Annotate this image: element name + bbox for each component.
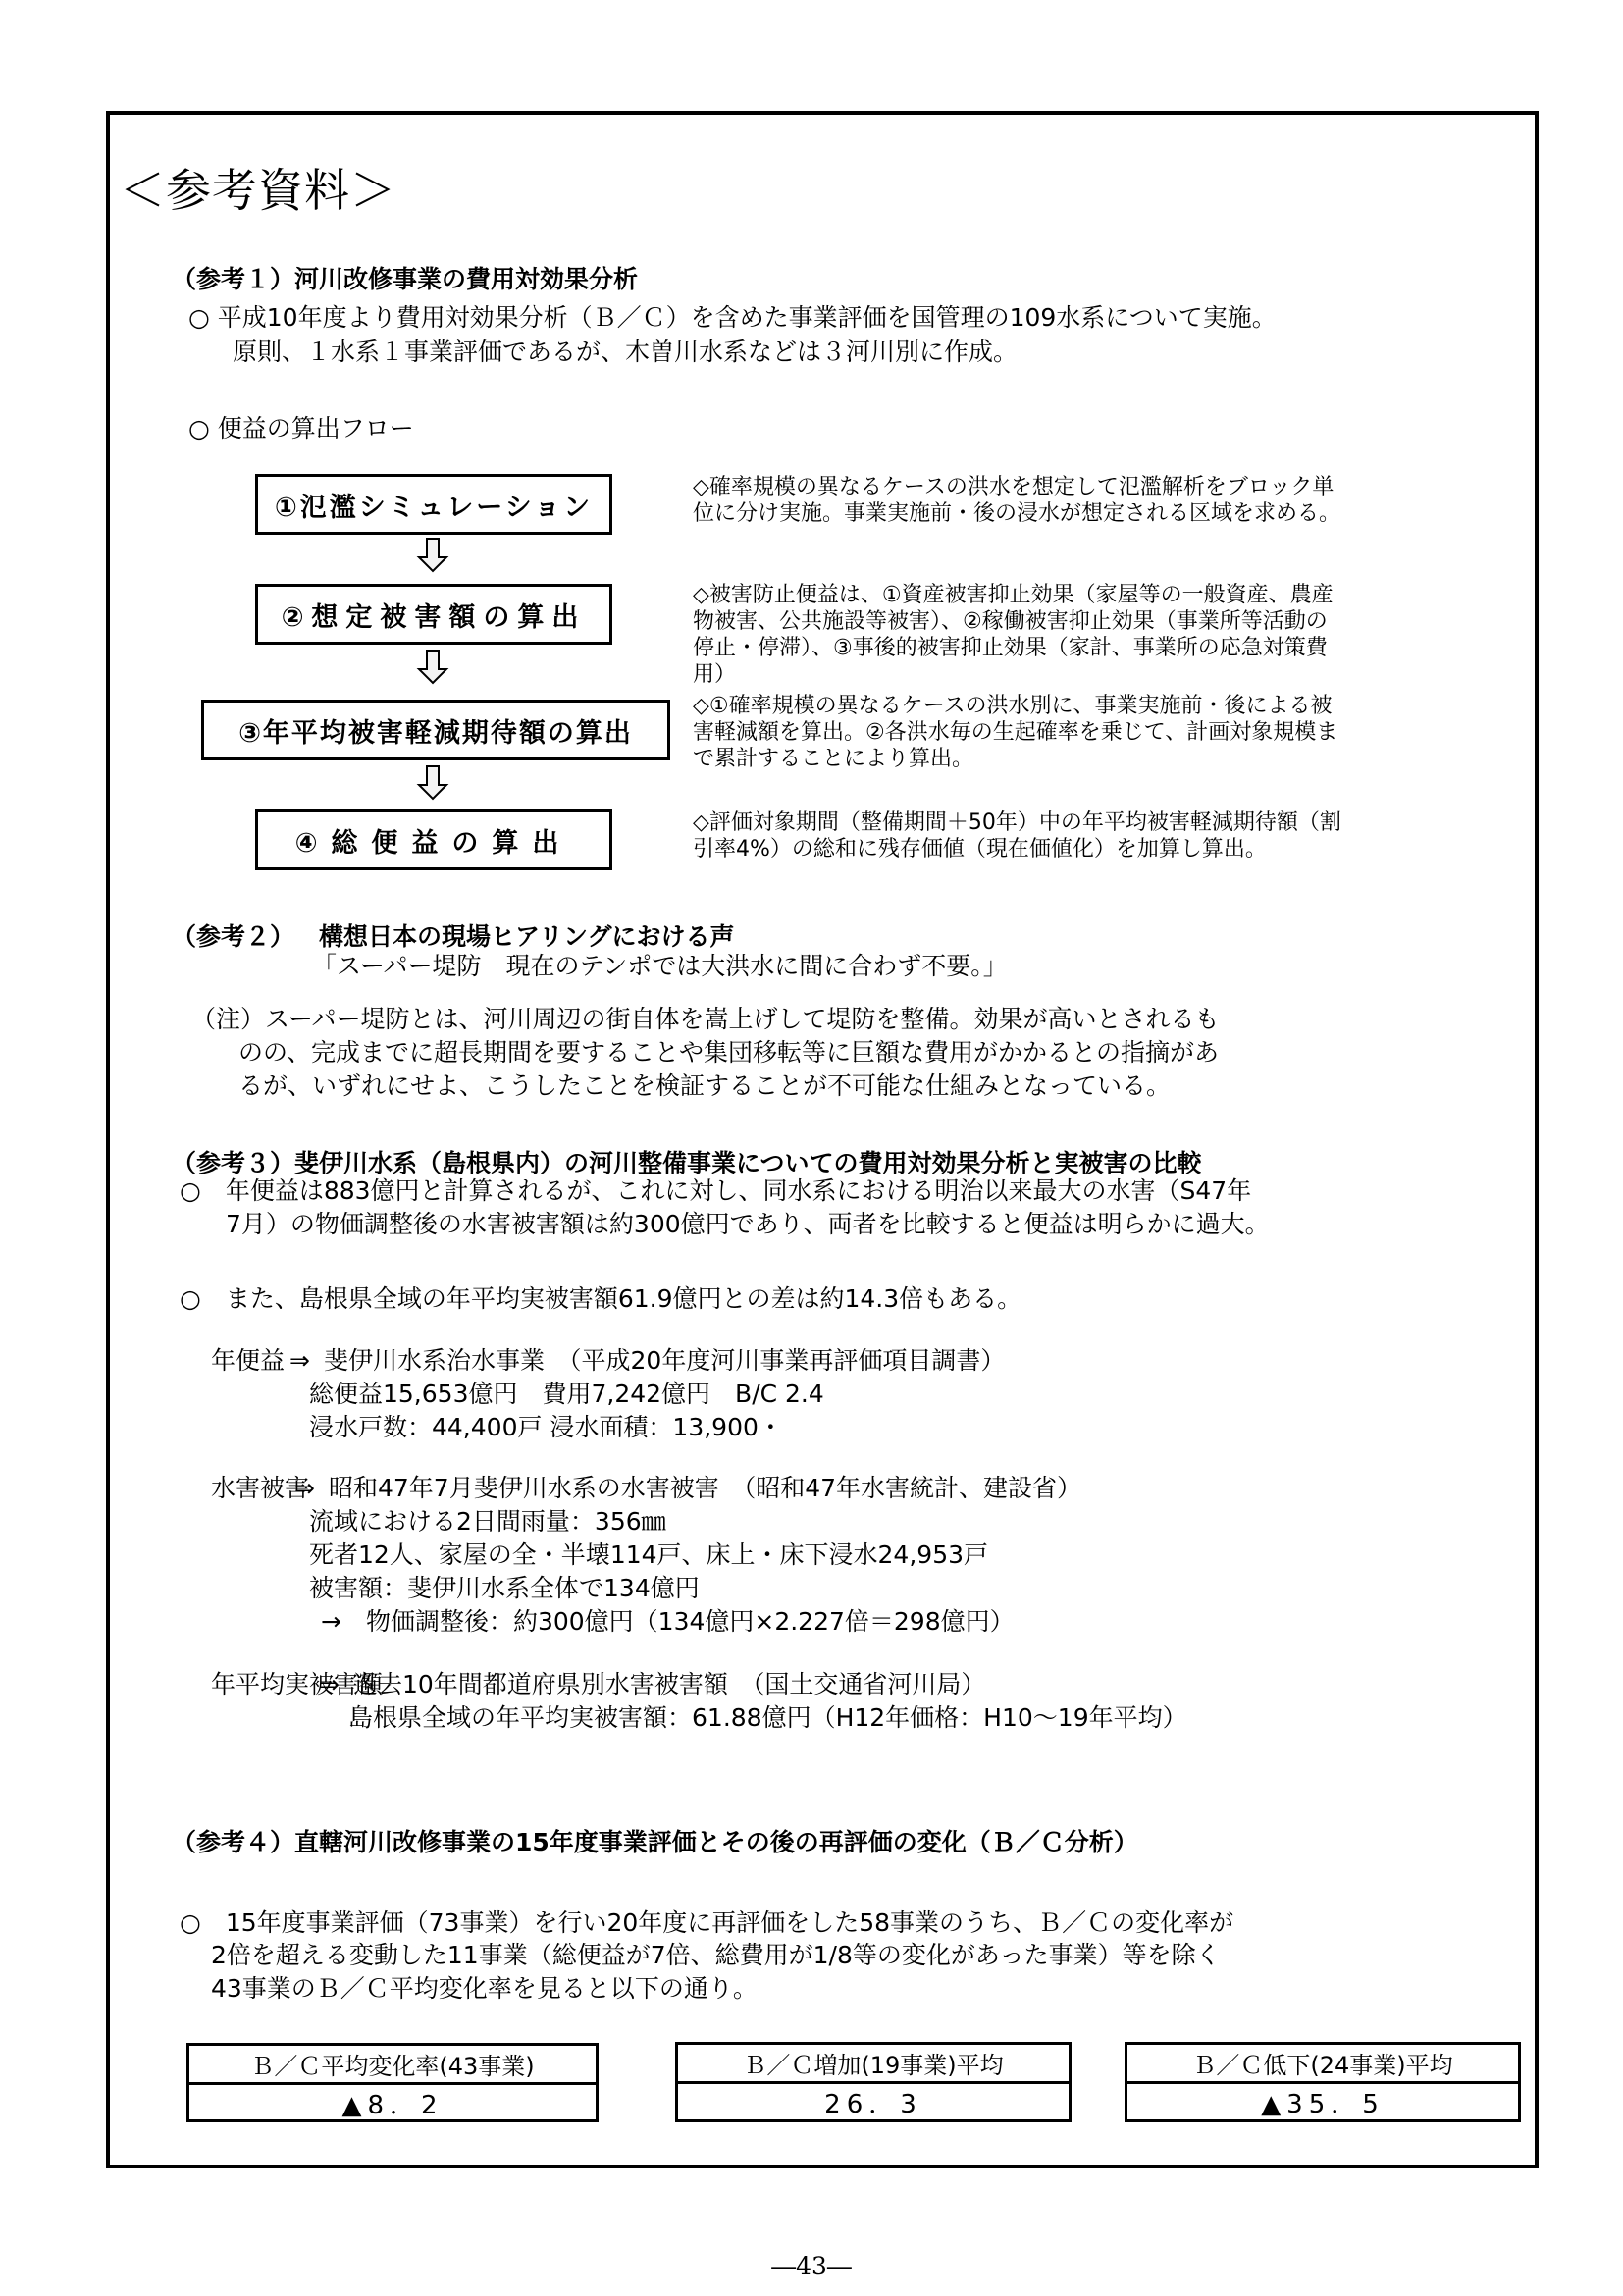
desc-line: 害軽減額を算出。②各洪水毎の生起確率を乗じて、計画対象規模ま (693, 719, 1337, 746)
annual-benefit-title: 斐伊川水系治水事業 （平成20年度河川事業再評価項目調書） (324, 1344, 1005, 1378)
ref1-heading: （参考１）河川改修事業の費用対効果分析 (172, 260, 638, 295)
ref2-heading-label: （参考２） (172, 917, 294, 953)
flow-step-1: ①氾濫シミュレーション (255, 474, 612, 535)
desc-line: ◇確率規模の異なるケースの洪水を想定して氾濫解析をブロック単 (693, 474, 1340, 500)
annual-actual-title: 過去10年間都道府県別水害被害額 （国土交通省河川局） (353, 1668, 985, 1701)
ref4-heading: （参考４）直轄河川改修事業の15年度事業評価とその後の再評価の変化（Ｂ／Ｃ分析） (172, 1823, 1138, 1858)
page-number: ―43― (0, 2252, 1623, 2280)
desc-line: 用） (693, 661, 1334, 688)
flood-damage-line3: 被害額：斐伊川水系全体で134億円 (309, 1572, 700, 1605)
flow-step-2-label: ②想定被害額の算出 (282, 596, 587, 634)
ref2-note-line2: のの、完成までに超長期間を要することや集団移転等に巨額な費用がかかるとの指摘があ (238, 1036, 1219, 1070)
ref1-bullet1-line1: ○ 平成10年度より費用対効果分析（Ｂ／Ｃ）を含めた事業評価を国管理の109水系… (188, 301, 1277, 335)
ref3-bullet1-line1: ○ 年便益は883億円と計算されるが、これに対し、同水系における明治以来最大の水… (180, 1174, 1251, 1208)
bc-decrease-table: Ｂ／Ｃ低下(24事業)平均 ▲35．5 (1125, 2042, 1521, 2122)
flow-step-1-desc: ◇確率規模の異なるケースの洪水を想定して氾濫解析をブロック単 位に分け実施。事業… (693, 474, 1340, 527)
desc-line: ◇①確率規模の異なるケースの洪水別に、事業実施前・後による被 (693, 693, 1337, 719)
desc-line: 引率4%）の総和に残存価値（現在価値化）を加算し算出。 (693, 836, 1341, 862)
ref2-note-line1: （注）スーパー堤防とは、河川周辺の街自体を嵩上げして堤防を整備。効果が高いとされ… (191, 1003, 1220, 1036)
bc-increase-value: 26．3 (678, 2084, 1069, 2119)
annual-benefit-label: 年便益 (211, 1344, 285, 1378)
bc-increase-header: Ｂ／Ｃ増加(19事業)平均 (678, 2045, 1069, 2084)
arrow-down-icon (413, 538, 452, 573)
flow-step-4-label: ④総便益の算出 (295, 821, 573, 860)
desc-line: ◇被害防止便益は、①資産被害抑止効果（家屋等の一般資産、農産 (693, 582, 1334, 608)
ref2-note-line3: るが、いずれにせよ、こうしたことを検証することが不可能な仕組みとなっている。 (238, 1070, 1171, 1103)
bc-increase-table: Ｂ／Ｃ増加(19事業)平均 26．3 (675, 2042, 1072, 2122)
flow-step-2: ②想定被害額の算出 (255, 584, 612, 645)
annual-actual-line1: 島根県全域の年平均実被害額：61.88億円（H12年価格：H10～19年平均） (348, 1701, 1187, 1735)
flood-damage-title: 昭和47年7月斐伊川水系の水害被害 （昭和47年水害統計、建設省） (329, 1472, 1081, 1505)
ref4-bullet-line3: 43事業のＢ／Ｃ平均変化率を見ると以下の通り。 (211, 1972, 758, 2006)
bc-decrease-header: Ｂ／Ｃ低下(24事業)平均 (1127, 2045, 1518, 2084)
arrow-down-icon (413, 650, 452, 685)
ref1-bullet1-line2: 原則、１水系１事業評価であるが、木曽川水系などは３河川別に作成。 (233, 336, 1018, 369)
desc-line: ◇評価対象期間（整備期間＋50年）中の年平均被害軽減期待額（割 (693, 809, 1341, 836)
bc-average-table: Ｂ／Ｃ平均変化率(43事業) ▲8．2 (186, 2043, 599, 2122)
ref1-bullet2: ○ 便益の算出フロー (188, 412, 414, 445)
arrow-right-icon: ⇒ (289, 1344, 310, 1378)
ref2-heading-text: 構想日本の現場ヒアリングにおける声 (319, 917, 735, 953)
flow-step-2-desc: ◇被害防止便益は、①資産被害抑止効果（家屋等の一般資産、農産 物被害、公共施設等… (693, 582, 1334, 688)
ref4-bullet-line1: ○ 15年度事業評価（73事業）を行い20年度に再評価をした58事業のうち、Ｂ／… (180, 1906, 1233, 1940)
bc-decrease-value: ▲35．5 (1127, 2084, 1518, 2119)
bc-average-value: ▲8．2 (189, 2085, 596, 2120)
desc-line: 物被害、公共施設等被害）、②稼働被害抑止効果（事業所等活動の (693, 608, 1334, 635)
arrow-down-icon (413, 765, 452, 801)
ref3-bullet2: ○ また、島根県全域の年平均実被害額61.9億円との差は約14.3倍もある。 (180, 1282, 1021, 1316)
flow-step-3: ③年平均被害軽減期待額の算出 (201, 700, 670, 760)
flow-step-3-label: ③年平均被害軽減期待額の算出 (238, 711, 633, 750)
flow-step-1-label: ①氾濫シミュレーション (275, 486, 593, 524)
annual-benefit-line2: 浸水戸数：44,400戸 浸水面積：13,900・ (309, 1411, 783, 1444)
ref3-bullet1-line2: 7月）の物価調整後の水害被害額は約300億円であり、両者を比較すると便益は明らか… (226, 1208, 1270, 1241)
flow-step-3-desc: ◇①確率規模の異なるケースの洪水別に、事業実施前・後による被 害軽減額を算出。②… (693, 693, 1337, 772)
flood-damage-line2: 死者12人、家屋の全・半壊114戸、床上・床下浸水24,953戸 (309, 1539, 988, 1572)
page-title: ＜参考資料＞ (120, 155, 396, 220)
desc-line: 停止・停滞）、③事後的被害抑止効果（家計、事業所の応急対策費 (693, 635, 1334, 661)
flow-step-4-desc: ◇評価対象期間（整備期間＋50年）中の年平均被害軽減期待額（割 引率4%）の総和… (693, 809, 1341, 862)
annual-benefit-line1: 総便益15,653億円 費用7,242億円 B/C 2.4 (309, 1378, 824, 1411)
flow-step-4: ④総便益の算出 (255, 809, 612, 870)
desc-line: で累計することにより算出。 (693, 746, 1337, 772)
flood-damage-line4: → 物価調整後：約300億円（134億円×2.227倍＝298億円） (321, 1605, 1015, 1639)
arrow-right-icon: ⇒ (319, 1668, 340, 1701)
arrow-right-icon: ⇒ (294, 1472, 315, 1505)
desc-line: 位に分け実施。事業実施前・後の浸水が想定される区域を求める。 (693, 500, 1340, 527)
bc-average-header: Ｂ／Ｃ平均変化率(43事業) (189, 2046, 596, 2085)
ref2-quote: 「スーパー堤防 現在のテンポでは大洪水に間に合わず不要。」 (312, 950, 1008, 983)
ref4-bullet-line2: 2倍を超える変動した11事業（総便益が7倍、総費用が1/8等の変化があった事業）… (211, 1939, 1221, 1972)
flood-damage-line1: 流域における2日間雨量：356㎜ (309, 1505, 666, 1539)
